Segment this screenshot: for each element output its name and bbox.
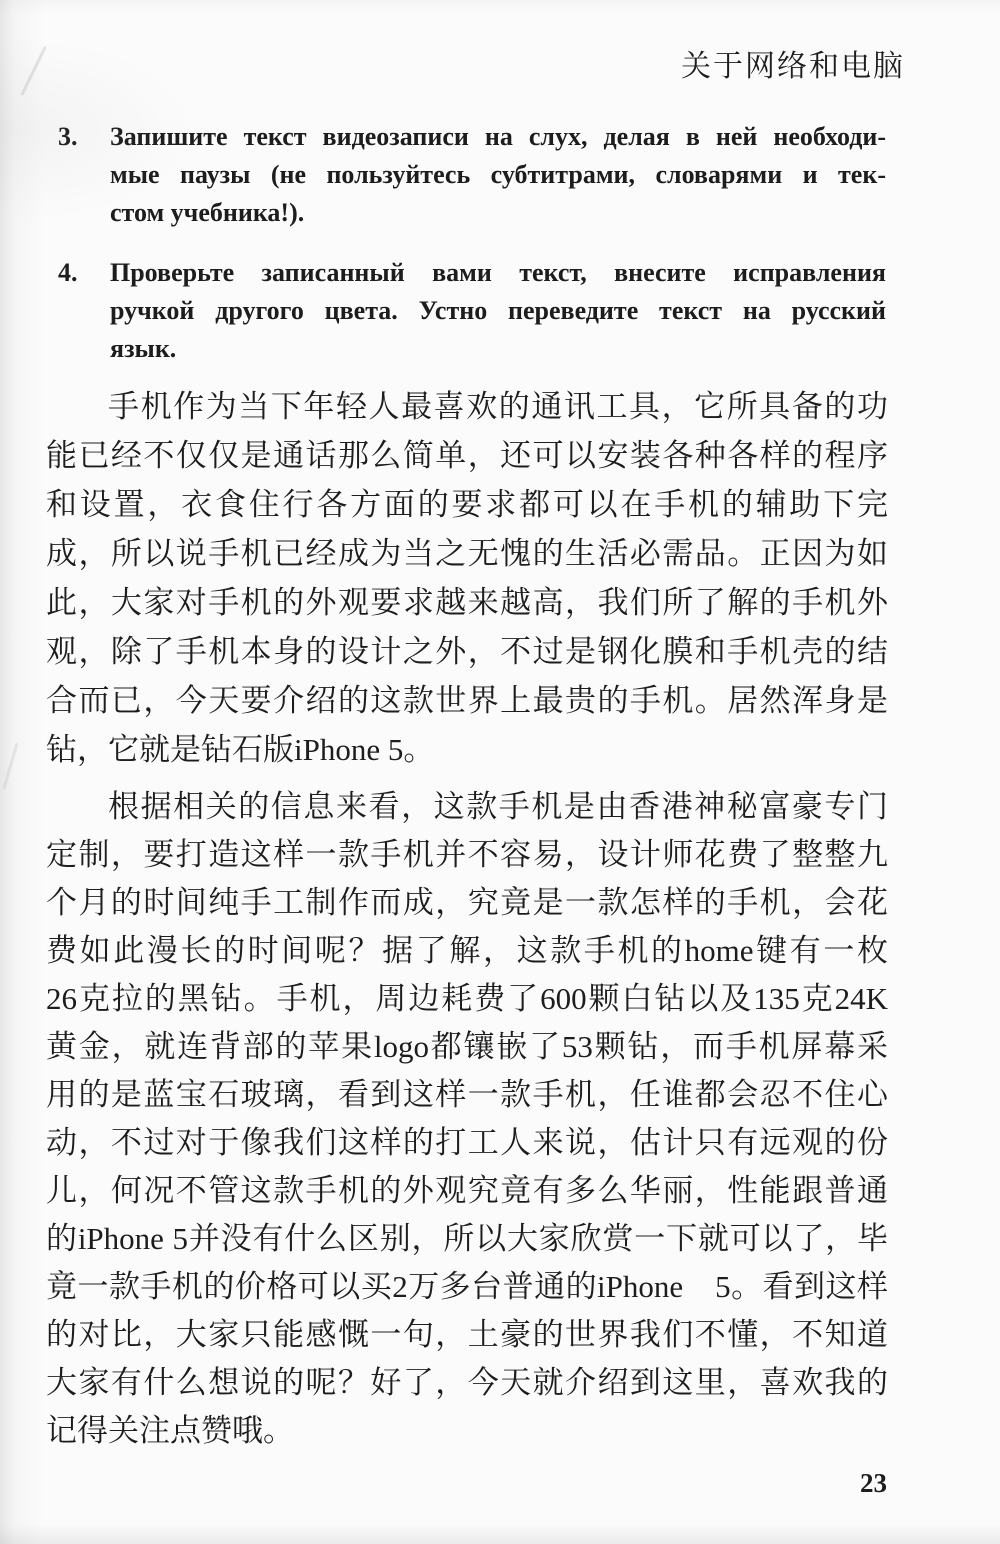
running-header: 关于网络和电脑 <box>0 0 1000 84</box>
paragraph-line: 竟一款手机的价格可以买2万多台普通的iPhone 5。看到这样 <box>46 1263 888 1311</box>
paragraph-line: 的iPhone 5并没有什么区别，所以大家欣赏一下就可以了，毕 <box>46 1215 888 1263</box>
body-text: 手机作为当下年轻人最喜欢的通讯工具，它所具备的功 能已经不仅仅是通话那么简单，还… <box>0 382 1000 1455</box>
paragraph-line: 的对比，大家只能感慨一句，土豪的世界我们不懂，不知道 <box>46 1311 888 1359</box>
paragraph-line: 此，大家对手机的外观要求越来越高，我们所了解的手机外 <box>46 578 888 627</box>
paragraph-line: 费如此漫长的时间呢？据了解，这款手机的home键有一枚 <box>46 927 888 975</box>
exercise-text-line: ручкой другого цвета. Устно переведите т… <box>110 292 886 330</box>
exercise-number: 4. <box>58 254 110 368</box>
exercise-item: 3. Запишите текст видеозаписи на слух, д… <box>58 118 886 232</box>
paragraph-line: 能已经不仅仅是通话那么简单，还可以安装各种各样的程序 <box>46 431 888 480</box>
paragraph-line: 成，所以说手机已经成为当之无愧的生活必需品。正因为如 <box>46 529 888 578</box>
paragraph-line: 钻，它就是钻石版iPhone 5。 <box>46 725 888 774</box>
exercise-item: 4. Проверьте записанный вами текст, внес… <box>58 254 886 368</box>
exercise-list: 3. Запишите текст видеозаписи на слух, д… <box>0 118 1000 368</box>
exercise-text-line: язык. <box>110 330 886 368</box>
paragraph-line: 和设置，衣食住行各方面的要求都可以在手机的辅助下完 <box>46 480 888 529</box>
running-title: 关于网络和电脑 <box>681 50 905 83</box>
paragraph-line: 动，不过对于像我们这样的打工人来说，估计只有远观的份 <box>46 1119 888 1167</box>
paragraph-line: 儿，何况不管这款手机的外观究竟有多么华丽，性能跟普通 <box>46 1167 888 1215</box>
paragraph-line: 个月的时间纯手工制作而成，究竟是一款怎样的手机，会花 <box>46 879 888 927</box>
exercise-text-line: стом учебника!). <box>110 194 886 232</box>
paragraph: 手机作为当下年轻人最喜欢的通讯工具，它所具备的功 能已经不仅仅是通话那么简单，还… <box>46 382 888 774</box>
paragraph-line: 用的是蓝宝石玻璃，看到这样一款手机，任谁都会忍不住心 <box>46 1071 888 1119</box>
paragraph-line: 大家有什么想说的呢？好了，今天就介绍到这里，喜欢我的 <box>46 1359 888 1407</box>
paragraph-line: 合而已，今天要介绍的这款世界上最贵的手机。居然浑身是 <box>46 676 888 725</box>
book-page: 关于网络和电脑 3. Запишите текст видеозаписи на… <box>0 0 1000 1544</box>
paragraph-line: 定制，要打造这样一款手机并不容易，设计师花费了整整九 <box>46 831 888 879</box>
paragraph-line: 手机作为当下年轻人最喜欢的通讯工具，它所具备的功 <box>46 382 888 431</box>
exercise-text: Запишите текст видеозаписи на слух, дела… <box>110 118 886 232</box>
paragraph-line: 观，除了手机本身的设计之外，不过是钢化膜和手机壳的结 <box>46 627 888 676</box>
exercise-text-line: мые паузы (не пользуйтесь субтитрами, сл… <box>110 156 886 194</box>
paragraph-line: 黄金，就连背部的苹果logo都镶嵌了53颗钻，而手机屏幕采 <box>46 1023 888 1071</box>
exercise-text-line: Проверьте записанный вами текст, внесите… <box>110 254 886 292</box>
exercise-text: Проверьте записанный вами текст, внесите… <box>110 254 886 368</box>
paragraph: 根据相关的信息来看，这款手机是由香港神秘富豪专门 定制，要打造这样一款手机并不容… <box>46 783 888 1455</box>
page-number: 23 <box>860 1468 887 1499</box>
paragraph-line: 根据相关的信息来看，这款手机是由香港神秘富豪专门 <box>46 783 888 831</box>
paragraph-line: 26克拉的黑钻。手机，周边耗费了600颗白钻以及135克24K <box>46 975 888 1023</box>
exercise-number: 3. <box>58 118 110 232</box>
paragraph-line: 记得关注点赞哦。 <box>46 1407 888 1455</box>
exercise-text-line: Запишите текст видеозаписи на слух, дела… <box>110 118 886 156</box>
